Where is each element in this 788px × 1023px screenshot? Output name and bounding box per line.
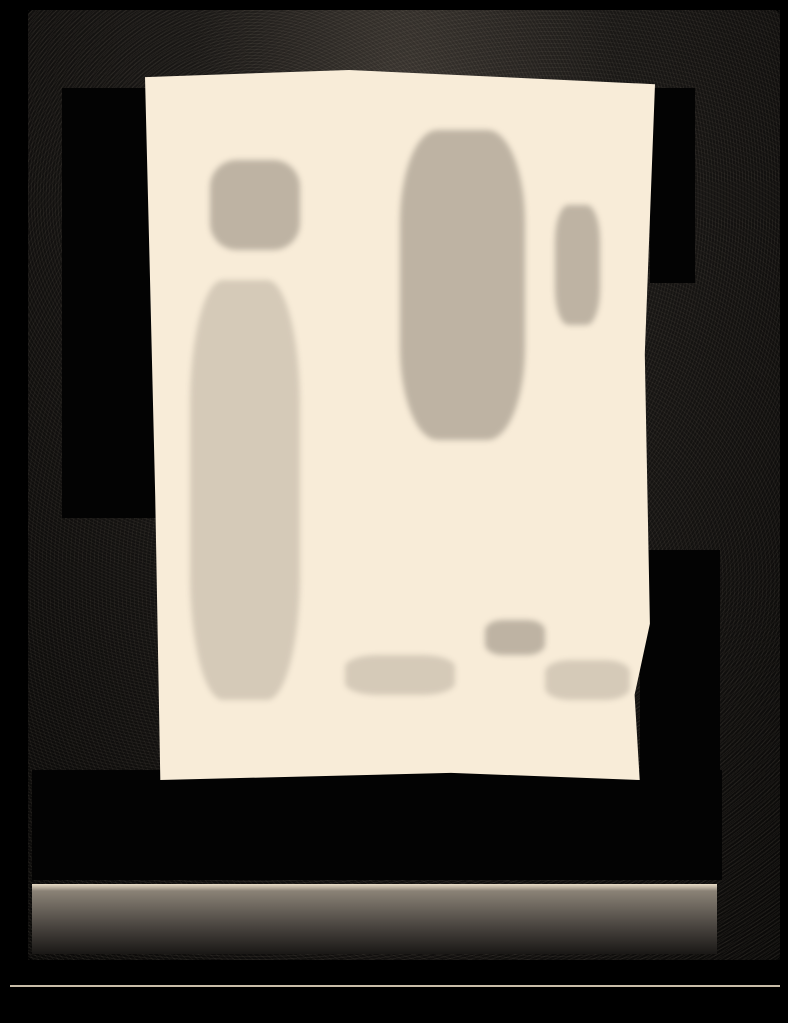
paper-stain-7 xyxy=(545,660,630,700)
paper-stain-4 xyxy=(190,280,300,700)
bottom-dark-band xyxy=(32,770,722,880)
paper-stain-1 xyxy=(210,160,300,250)
bottom-textured-strip xyxy=(32,884,717,954)
right-dark-window-top xyxy=(650,88,695,283)
paper-stain-5 xyxy=(485,620,545,655)
paper-stain-2 xyxy=(400,130,525,440)
paper-stain-6 xyxy=(345,655,455,695)
bottom-edge-line xyxy=(10,985,780,987)
paper-stain-3 xyxy=(555,205,600,325)
